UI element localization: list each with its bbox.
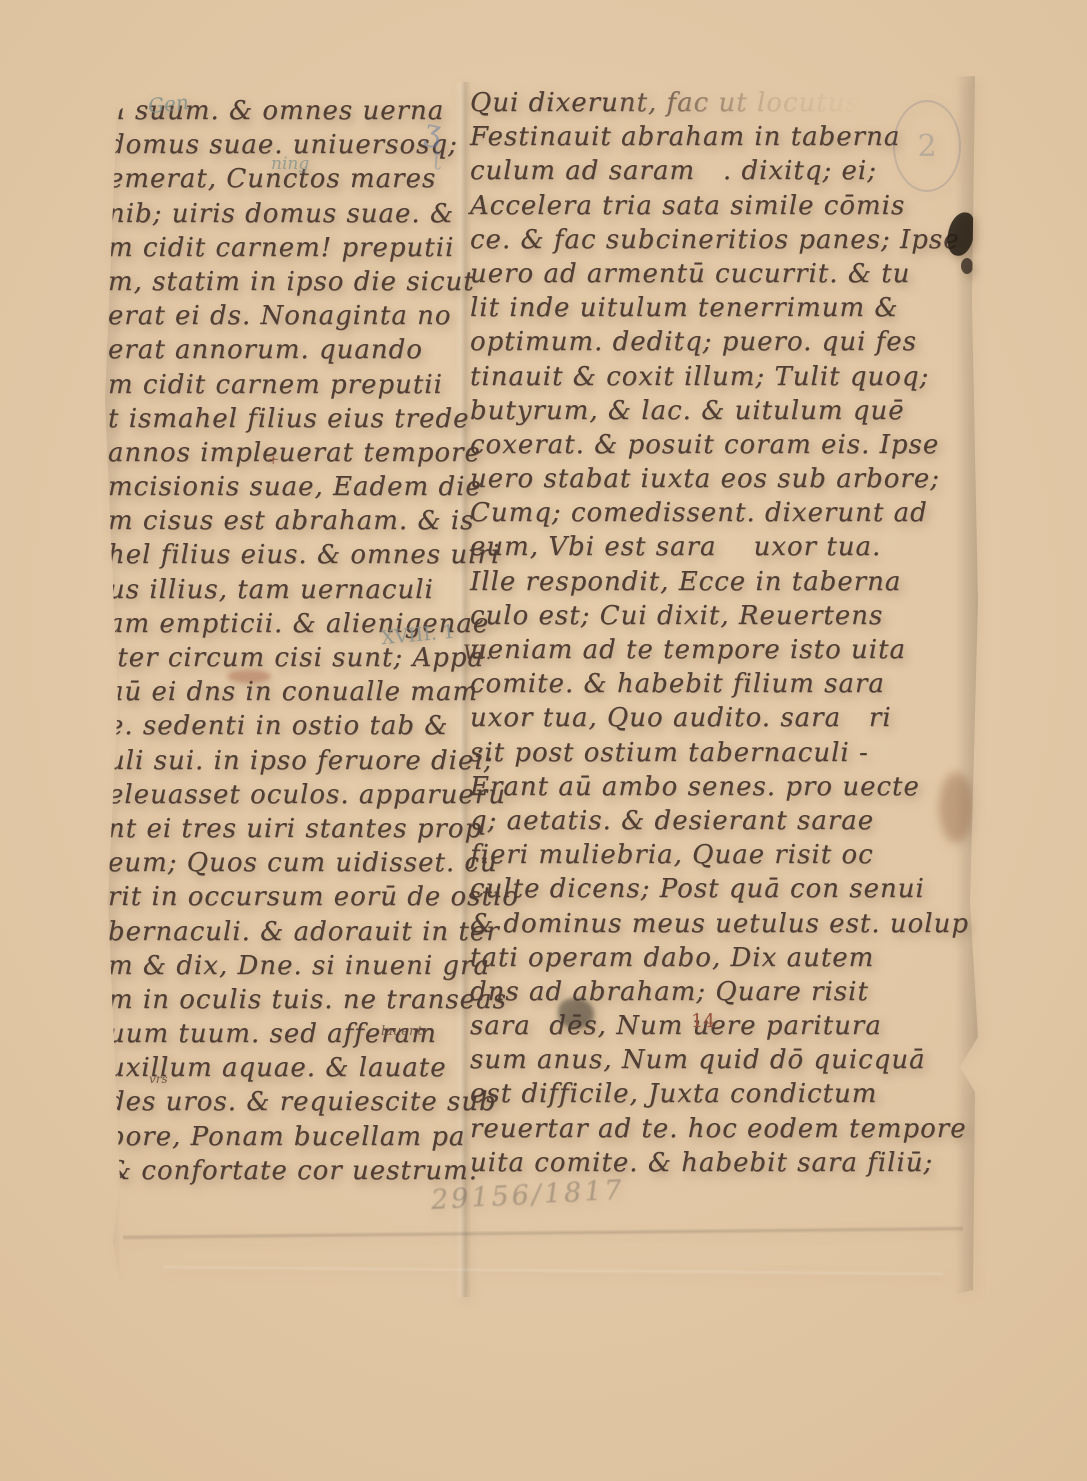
text-line: butyrum, & lac. & uitulum quē (470, 394, 965, 428)
text-line: erat ei ds. Nonaginta no (108, 299, 473, 333)
photograph-mat: n suum. & omnes uernadomus suae. uniuers… (0, 0, 1087, 1481)
text-line: ueniam ad te tempore isto uita (470, 633, 965, 667)
text-line: Erant aū ambo senes. pro uecte (470, 770, 965, 804)
annotation-section-numeral: VI. (463, 640, 492, 664)
text-line: est difficile, Juxta condictum (470, 1077, 965, 1111)
text-line: t ismahel filius eius trede (108, 402, 473, 436)
pen-trial-mark: ʈ (432, 146, 443, 172)
text-line: rit in occursum eorū de ostio (108, 880, 473, 914)
text-line: q; aetatis. & desierant sarae (470, 804, 965, 838)
text-line: culum ad saram . dixitq; ei; (470, 154, 965, 188)
text-line: iter circum cisi sunt; Appa (108, 641, 473, 675)
text-line: uero ad armentū cucurrit. & tu (470, 257, 965, 291)
text-line: uxor tua, Quo audito. sara ri (470, 701, 965, 735)
text-line: comite. & habebit filium sara (470, 667, 965, 701)
text-line: nib; uiris domus suae. & (108, 197, 473, 231)
annotation-verse-number: 14 (691, 1010, 715, 1032)
text-line: m, statim in ipso die sicut (108, 265, 473, 299)
text-line: tinauit & coxit illum; Tulit quoq; (470, 360, 965, 394)
text-line: m cisus est abraham. & is (108, 504, 473, 538)
text-line: sum anus, Num quid dō quicquā (470, 1043, 965, 1077)
text-line: m & dix, Dne. si inueni gra (108, 949, 473, 983)
horizontal-crease (163, 1265, 943, 1277)
text-line: Qui dixerunt, fac ut locutus es (470, 86, 965, 120)
text-line: sit post ostium tabernaculi - (470, 736, 965, 770)
text-line: uero stabat iuxta eos sub arbore; (470, 462, 965, 496)
annotation-gen-pencil: Gen (147, 90, 190, 118)
text-line: uita comite. & habebit sara filiū; (470, 1146, 965, 1180)
horizontal-crease (123, 1226, 963, 1241)
text-line: reuertar ad te. hoc eodem tempore (470, 1112, 965, 1146)
text-line: Festinauit abraham in taberna (470, 120, 965, 154)
gloss-vestros: vrs (149, 1072, 168, 1086)
text-line: des uros. & requiescite sub (108, 1085, 473, 1119)
text-line: annos impleuerat tempore (108, 436, 473, 470)
text-column-right: Qui dixerunt, fac ut locutus esFestinaui… (470, 86, 965, 1180)
stain (939, 772, 973, 842)
text-line: bernaculi. & adorauit in ter (108, 915, 473, 949)
text-line: culo est; Cui dixit, Reuertens (470, 599, 965, 633)
text-line: Ille respondit, Ecce in taberna (470, 565, 965, 599)
text-line: uli sui. in ipso feruore diei; (108, 744, 473, 778)
text-line: hel filius eius. & omnes uiri (108, 538, 473, 572)
text-line: erat annorum. quando (108, 333, 473, 367)
text-line: Accelera tria sata simile cōmis (470, 189, 965, 223)
text-line: tati operam dabo, Dix autem (470, 941, 965, 975)
gloss-lauentur: lauentr (381, 1024, 429, 1039)
text-line: eum; Quos cum uidisset. cu (108, 846, 473, 880)
text-line: lit inde uitulum tenerrimum & (470, 291, 965, 325)
text-line: aū ei dns in conualle mam (108, 675, 473, 709)
gloss-ning: ning (271, 154, 309, 174)
text-line: sara dēs, Num uere paritura (470, 1009, 965, 1043)
text-line: & dominus meus uetulus est. uolup (470, 907, 965, 941)
text-line: & confortate cor uestrum. (108, 1154, 473, 1188)
text-line: ce. & fac subcineritios panes; Ipse (470, 223, 965, 257)
text-line: fieri muliebria, Quae risit oc (470, 838, 965, 872)
text-line: dns ad abraham; Quare risit (470, 975, 965, 1009)
text-line: Cumq; comedissent. dixerunt ad (470, 496, 965, 530)
text-line: optimum. deditq; puero. qui fes (470, 325, 965, 359)
text-line: bore, Ponam bucellam pa (108, 1120, 473, 1154)
text-line: eleuasset oculos. apparueru (108, 778, 473, 812)
library-stamp: 2 (893, 100, 961, 192)
text-line: culte dicens; Post quā con senui (470, 872, 965, 906)
text-line: m in oculis tuis. ne transeas (108, 983, 473, 1017)
stain (558, 998, 594, 1028)
text-line: m cidit carnem preputii (108, 368, 473, 402)
text-line: e. sedenti in ostio tab & (108, 709, 473, 743)
text-line: eum, Vbi est sara uxor tua. (470, 530, 965, 564)
ink-blot (961, 258, 973, 274)
manuscript-leaf: n suum. & omnes uernadomus suae. uniuers… (103, 72, 981, 1317)
correction-cross: + (267, 450, 280, 468)
text-line: nt ei tres uiri stantes prop (108, 812, 473, 846)
text-line: mcisionis suae, Eadem die (108, 470, 473, 504)
text-line: us illius, tam uernaculi (108, 573, 473, 607)
text-line: m cidit carnem! preputii (108, 231, 473, 265)
stain (227, 670, 271, 683)
text-line: coxerat. & posuit coram eis. Ipse (470, 428, 965, 462)
